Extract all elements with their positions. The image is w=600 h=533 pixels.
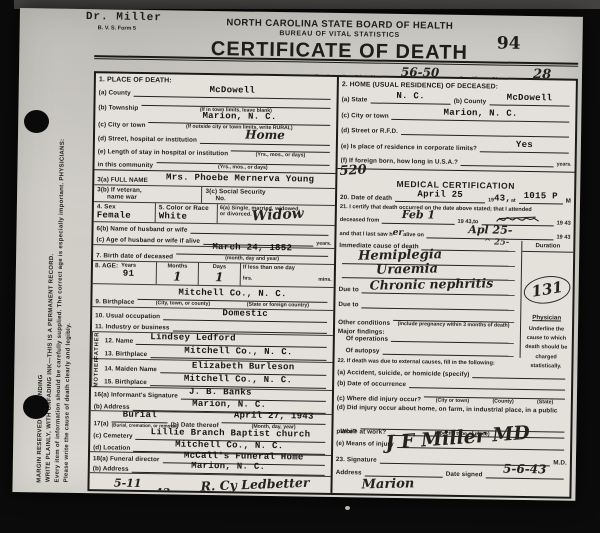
- age-years-value: 91: [123, 269, 135, 279]
- burial-value: Burial: [123, 410, 157, 421]
- duration-head: Duration: [522, 241, 573, 253]
- cemetery-label: (c) Cemetery: [93, 432, 132, 440]
- certify-text-2d: 19 43: [557, 220, 571, 226]
- due-to-2-label: Due to: [338, 301, 358, 308]
- medical-code-hand: 520: [339, 163, 367, 179]
- birthplace-value: Mitchell Co., N. C.: [178, 288, 286, 300]
- certificate-paper: MARGIN RESERVED FOR BINDING WRITE PLAINL…: [12, 8, 583, 501]
- external-c-label: (c) Where did injury occur?: [337, 395, 421, 403]
- birthdate-label: 7. Birth date of deceased: [96, 252, 173, 260]
- certify-text-2a: deceased from: [340, 217, 380, 224]
- page-stamp: 94: [497, 33, 521, 53]
- registrar-signature: R. Cy Ledbetter: [200, 476, 309, 493]
- while-at-work-label: While at work?: [336, 428, 386, 436]
- full-name-label: 3(a) FULL NAME: [97, 176, 148, 184]
- left-column: 1. PLACE OF DEATH: (a) County McDowell (…: [89, 73, 339, 493]
- punch-hole-top: [24, 110, 49, 133]
- scan-background-band: [14, 0, 600, 9]
- cause-of-death-block: Immediate cause of death Hemiplegia Urae…: [335, 238, 574, 359]
- address-hand-row: Marion: [332, 477, 569, 496]
- mother-birthplace-label: 15. Birthplace: [104, 378, 147, 386]
- due-to-1-label: Due to: [339, 286, 359, 293]
- place-city-value: Marion, N. C.: [202, 111, 276, 122]
- filed-date-hand: 5-11: [114, 477, 142, 490]
- other-conditions-label: Other conditions: [338, 319, 390, 327]
- margin-note-legibly: Please write the cause of death clearly …: [64, 323, 73, 483]
- date-of-death-value: April 25: [417, 189, 463, 200]
- funeral-addr-label: (b) Address: [93, 465, 129, 473]
- sex-value: Female: [97, 210, 152, 221]
- place-township-label: (b) Township: [98, 104, 138, 112]
- place-city-label: (c) City or town: [98, 121, 146, 129]
- birthplace-label: 9. Birthplace: [95, 298, 134, 306]
- place-county-label: (a) County: [99, 89, 131, 97]
- full-name-value: Mrs. Phoebe Mernerva Young: [166, 173, 314, 185]
- scan-speck: [345, 506, 350, 510]
- age-days-value: 1: [215, 270, 224, 284]
- certify-text-3a: and that I last saw h: [339, 231, 392, 238]
- home-foreign-suffix: years.: [557, 161, 572, 167]
- time-of-death-value: 1015 P: [524, 191, 558, 202]
- date-year-value: 43,: [494, 193, 511, 203]
- home-section: 2. HOME (USUAL RESIDENCE) OF DECEASED: (…: [338, 77, 576, 173]
- scanned-death-certificate: MARGIN RESERVED FOR BINDING WRITE PLAINL…: [0, 0, 600, 533]
- burial-date-value: April 27, 1943: [234, 411, 314, 422]
- of-autopsy-label: Of autopsy: [338, 347, 380, 355]
- veteran-label-2: name war: [97, 193, 199, 202]
- place-of-death-section: 1. PLACE OF DEATH: (a) County McDowell (…: [94, 73, 336, 174]
- burial-label: 17(a): [93, 420, 108, 427]
- physician-head: Physician: [523, 313, 570, 324]
- external-c-note-1: (City or town): [436, 398, 470, 405]
- form-number: B. V. S. Form 5: [98, 25, 136, 32]
- margin-note-permanent-record: WRITE PLAINLY, WITH UNFADING INK—THIS IS…: [46, 254, 56, 483]
- certify-text-3c: 19 43: [556, 234, 570, 240]
- date-m-label: M: [566, 198, 571, 205]
- home-state-value: N. C.: [396, 91, 425, 101]
- external-b-label: (b) Date of occurrence: [337, 380, 406, 388]
- duration-column: Duration 131 Physician Underline the cau…: [520, 241, 574, 359]
- filed-filed-label: Filed: [111, 492, 145, 498]
- physician-address-label: Address: [336, 469, 362, 476]
- father-side-label: FATHER: [92, 332, 102, 358]
- home-county-value: McDowell: [507, 93, 553, 104]
- physician-address-hand: Marion: [361, 476, 414, 492]
- place-community-label: in this community: [97, 161, 153, 169]
- home-street-label: (d) Street or R.F.D.: [341, 127, 398, 135]
- filed-b-label: (b): [174, 492, 182, 498]
- certificate-form: 1. PLACE OF DEATH: (a) County McDowell (…: [87, 71, 578, 499]
- home-city-label: (c) City or town: [341, 112, 389, 120]
- date-signed-label: Date signed: [446, 471, 483, 479]
- birthdate-value: March 24, 1852: [212, 242, 292, 253]
- her-hand: er: [393, 228, 404, 238]
- due-to-1-hand: Chronic nephritis: [370, 277, 494, 292]
- age-hrs-label: hrs.: [243, 276, 253, 282]
- punch-hole-bottom: [23, 395, 49, 419]
- date-of-death-label: 20. Date of death: [340, 194, 392, 202]
- statistical-code-circled: 131: [522, 273, 573, 307]
- burial-location-label: (d) Location: [93, 444, 130, 452]
- age-label: 8. AGE:: [95, 262, 118, 269]
- registrar-label: Registrar: [185, 493, 324, 498]
- age-less-label: If less than one day: [243, 265, 295, 272]
- home-state-label: (a) State: [342, 96, 368, 103]
- birthdate-note: (month, day and year): [176, 254, 328, 262]
- age-mins-label: mins.: [318, 277, 332, 283]
- date-signed-hand: 5-6-43: [503, 462, 547, 477]
- father-name-label: 12. Name: [105, 337, 134, 344]
- filed-label: 19(a): [92, 491, 107, 498]
- external-c-note-3: (State): [537, 399, 553, 405]
- date-at-label: at: [511, 198, 516, 204]
- right-column: 2. HOME (USUAL RESIDENCE) OF DECEASED: (…: [332, 77, 576, 497]
- spouse-name-label: 6(b) Name of husband or wife: [96, 225, 187, 233]
- filed-year-hand: 43: [155, 486, 171, 499]
- occupation-label: 10. Usual occupation: [95, 312, 160, 320]
- filed-row: 19(a) 5-11 Filed 1943 (b) R. Cy Ledbette…: [89, 473, 330, 499]
- age-months-value: 1: [173, 269, 182, 283]
- margin-note-binding: MARGIN RESERVED FOR BINDING: [37, 374, 45, 482]
- father-birthplace-label: 13. Birthplace: [105, 350, 148, 358]
- ssn-label-2: No.: [205, 195, 332, 204]
- external-c-note-2: (County): [492, 398, 513, 404]
- mother-side-label: MOTHER: [91, 359, 101, 386]
- filed-year-printed: 19: [148, 492, 155, 499]
- funeral-addr-value: Marion, N. C.: [191, 461, 265, 472]
